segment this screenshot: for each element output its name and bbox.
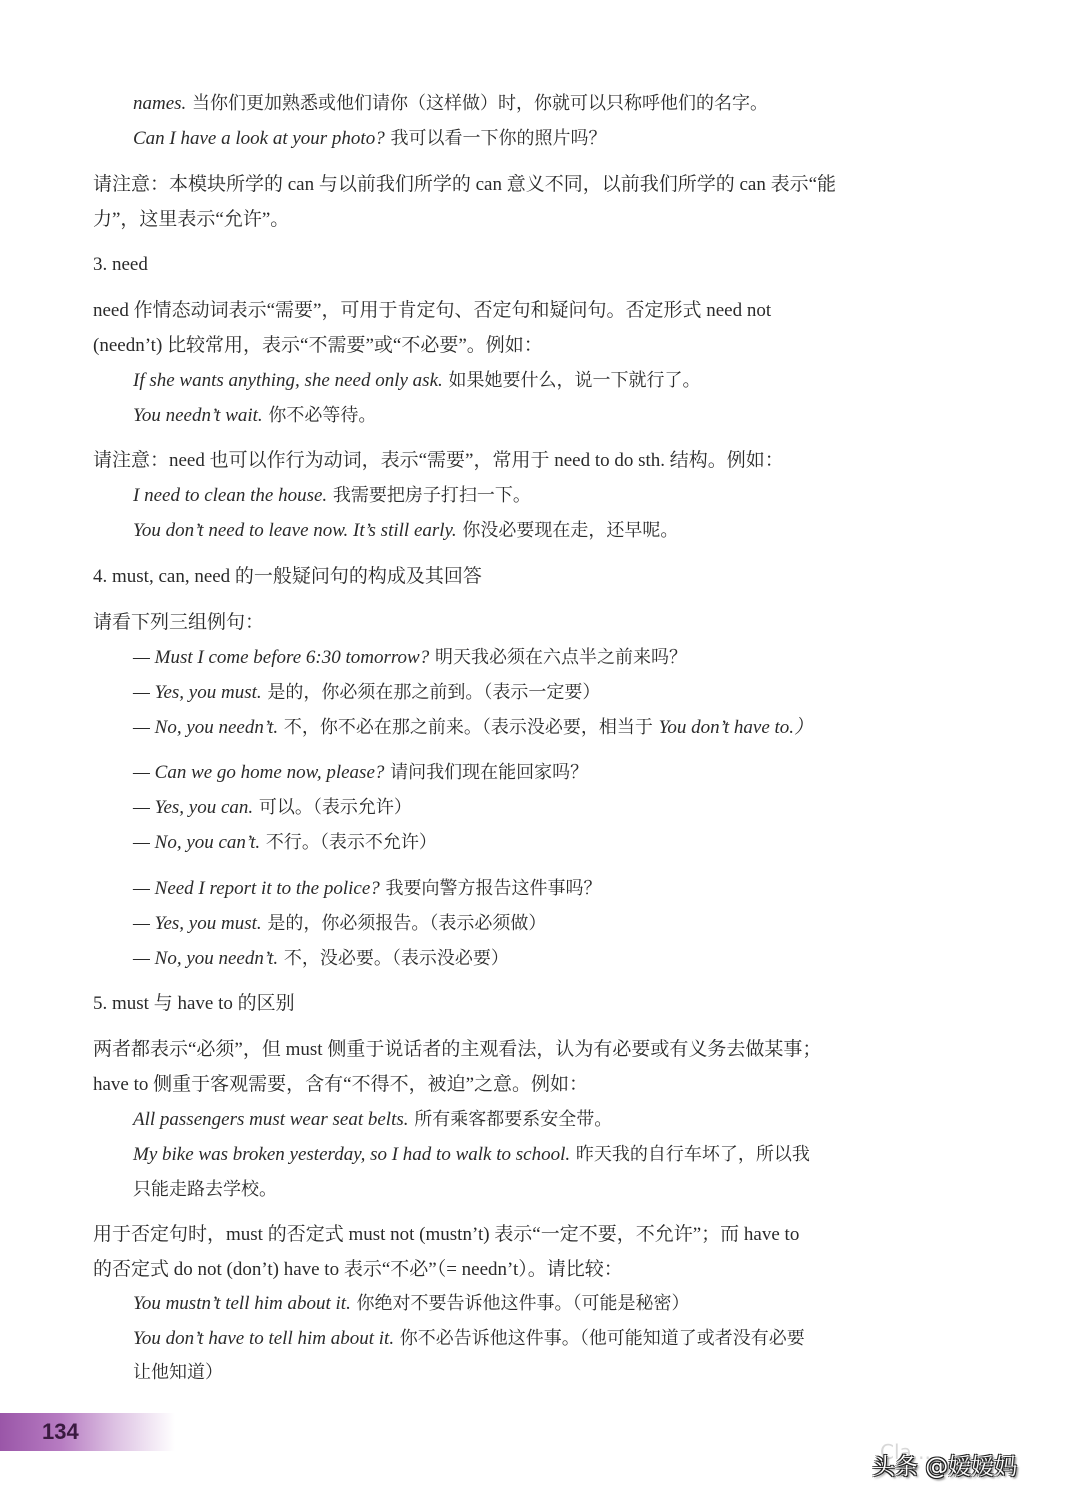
page-number-bar (0, 1413, 175, 1451)
dialogue-en: — Must I come before 6:30 tomorrow? (133, 647, 429, 668)
example-zh: 所有乘客都要系安全带。 (409, 1109, 613, 1130)
dialogue-line: — Must I come before 6:30 tomorrow? 明天我必… (133, 645, 687, 671)
dialogue-line: — No, you needn’t. 不，没必要。（表示没必要） (133, 946, 509, 972)
example-en: You don’t need to leave now. It’s still … (133, 520, 457, 541)
example-line: I need to clean the house. 我需要把房子打扫一下。 (133, 483, 531, 509)
body-paragraph: need 作情态动词表示“需要”，可用于肯定句、否定句和疑问句。否定形式 nee… (93, 298, 771, 324)
example-line: You don’t need to leave now. It’s still … (133, 518, 678, 544)
example-zh: 昨天我的自行车坏了，所以我 (570, 1144, 810, 1165)
body-paragraph: have to 侧重于客观需要，含有“不得不，被迫”之意。例如： (93, 1072, 588, 1098)
example-zh: 你不必告诉他这件事。（他可能知道了或者没有必要 (394, 1328, 805, 1349)
dialogue-zh: 是的，你必须报告。（表示必须做） (262, 913, 547, 934)
example-zh: 只能走路去学校。 (133, 1179, 277, 1200)
example-line: All passengers must wear seat belts. 所有乘… (133, 1107, 612, 1133)
example-zh: 你不必等待。 (263, 405, 377, 426)
body-paragraph: 请看下列三组例句： (93, 610, 264, 636)
section-heading: 3. need (93, 252, 148, 278)
body-paragraph: 两者都表示“必须”，但 must 侧重于说话者的主观看法，认为有必要或有义务去做… (93, 1037, 821, 1063)
body-paragraph: 用于否定句时，must 的否定式 must not (mustn’t) 表示“一… (93, 1222, 799, 1248)
dialogue-zh: 不，没必要。（表示没必要） (278, 948, 509, 969)
example-zh: 我需要把房子打扫一下。 (327, 485, 531, 506)
example-line: Can I have a look at your photo? 我可以看一下你… (133, 126, 606, 152)
dialogue-en: — Yes, you must. (133, 682, 262, 703)
dialogue-tail: You don’t have to.） (659, 717, 813, 738)
example-en: names. (133, 93, 186, 114)
example-zh: 当你们更加熟悉或他们请你（这样做）时，你就可以只称呼他们的名字。 (186, 93, 768, 114)
dialogue-en: — No, you needn’t. (133, 717, 278, 738)
dialogue-line: — Can we go home now, please? 请问我们现在能回家吗… (133, 760, 588, 786)
example-zh: 让他知道） (133, 1362, 223, 1383)
example-line: 只能走路去学校。 (133, 1177, 277, 1203)
example-zh: 我可以看一下你的照片吗？ (385, 128, 607, 149)
note-paragraph: 请注意：本模块所学的 can 与以前我们所学的 can 意义不同，以前我们所学的… (93, 172, 836, 198)
example-zh: 如果她要什么，说一下就行了。 (443, 370, 701, 391)
note-paragraph: 力”，这里表示“允许”。 (93, 207, 289, 233)
watermark: 头条 @嫒嫒妈 (872, 1452, 1017, 1482)
dialogue-en: — Yes, you can. (133, 797, 253, 818)
page-number: 134 (42, 1416, 79, 1448)
note-paragraph: 请注意：need 也可以作行为动词，表示“需要”，常用于 need to do … (93, 448, 784, 474)
example-line: You needn’t wait. 你不必等待。 (133, 403, 376, 429)
dialogue-line: — Need I report it to the police? 我要向警方报… (133, 876, 602, 902)
example-line: If she wants anything, she need only ask… (133, 368, 701, 394)
example-zh: 你没必要现在走，还早呢。 (457, 520, 679, 541)
example-en: You needn’t wait. (133, 405, 263, 426)
example-en: You mustn’t tell him about it. (133, 1293, 351, 1314)
dialogue-en: — Yes, you must. (133, 913, 262, 934)
dialogue-zh: 请问我们现在能回家吗？ (384, 762, 588, 783)
example-en: If she wants anything, she need only ask… (133, 370, 443, 391)
dialogue-line: — Yes, you can. 可以。（表示允许） (133, 795, 412, 821)
dialogue-zh: 我要向警方报告这件事吗？ (380, 878, 602, 899)
dialogue-en: — Can we go home now, please? (133, 762, 384, 783)
example-line: 让他知道） (133, 1360, 223, 1386)
example-zh: 你绝对不要告诉他这件事。（可能是秘密） (351, 1293, 690, 1314)
example-en: My bike was broken yesterday, so I had t… (133, 1144, 570, 1165)
example-en: All passengers must wear seat belts. (133, 1109, 409, 1130)
example-line: My bike was broken yesterday, so I had t… (133, 1142, 810, 1168)
dialogue-zh: 是的，你必须在那之前到。（表示一定要） (262, 682, 601, 703)
dialogue-line: — Yes, you must. 是的，你必须报告。（表示必须做） (133, 911, 546, 937)
dialogue-zh: 可以。（表示允许） (253, 797, 412, 818)
textbook-page: names. 当你们更加熟悉或他们请你（这样做）时，你就可以只称呼他们的名字。 … (0, 0, 1066, 1509)
example-line: You mustn’t tell him about it. 你绝对不要告诉他这… (133, 1291, 690, 1317)
example-en: Can I have a look at your photo? (133, 128, 385, 149)
dialogue-line: — Yes, you must. 是的，你必须在那之前到。（表示一定要） (133, 680, 600, 706)
dialogue-en: — No, you can’t. (133, 832, 260, 853)
section-heading: 5. must 与 have to 的区别 (93, 991, 295, 1017)
dialogue-en: — Need I report it to the police? (133, 878, 380, 899)
dialogue-zh: 不行。（表示不允许） (260, 832, 437, 853)
body-paragraph: (needn’t) 比较常用，表示“不需要”或“不必要”。例如： (93, 333, 543, 359)
example-en: I need to clean the house. (133, 485, 327, 506)
example-line: names. 当你们更加熟悉或他们请你（这样做）时，你就可以只称呼他们的名字。 (133, 91, 768, 117)
section-heading: 4. must, can, need 的一般疑问句的构成及其回答 (93, 564, 482, 590)
dialogue-en: — No, you needn’t. (133, 948, 278, 969)
dialogue-zh: 不，你不必在那之前来。（表示没必要，相当于 (278, 717, 658, 738)
dialogue-line: — No, you can’t. 不行。（表示不允许） (133, 830, 437, 856)
example-line: You don’t have to tell him about it. 你不必… (133, 1326, 805, 1352)
dialogue-line: — No, you needn’t. 不，你不必在那之前来。（表示没必要，相当于… (133, 715, 813, 741)
body-paragraph: 的否定式 do not (don’t) have to 表示“不必”（= nee… (93, 1257, 623, 1283)
example-en: You don’t have to tell him about it. (133, 1328, 394, 1349)
dialogue-zh: 明天我必须在六点半之前来吗？ (429, 647, 687, 668)
